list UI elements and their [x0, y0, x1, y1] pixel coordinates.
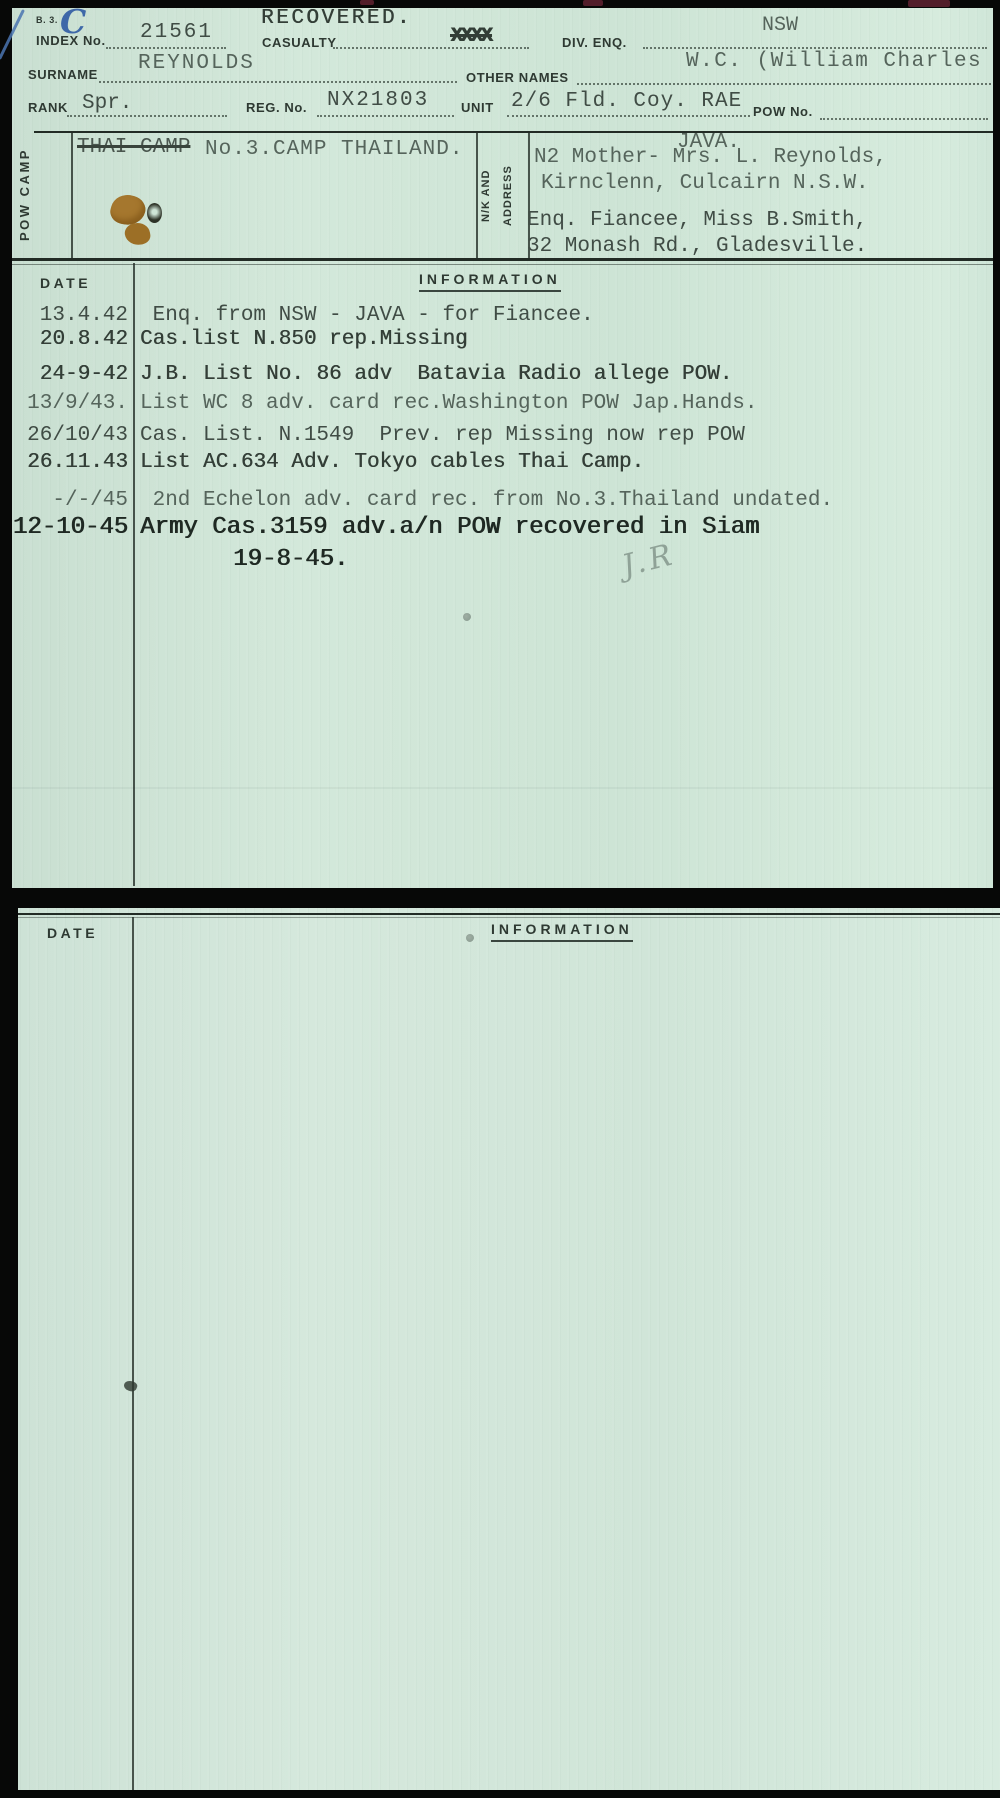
- column-divider: [71, 133, 73, 260]
- row-date: 24-9-42: [0, 363, 128, 386]
- section-rule: [18, 917, 1000, 918]
- nk-address-label-line2: ADDRESS: [502, 140, 514, 252]
- row-info: Enq. from NSW - JAVA - for Fiancee.: [140, 304, 594, 327]
- row-date: 26/10/43: [0, 424, 128, 447]
- scan-speck: [466, 934, 474, 942]
- information-header: INFORMATION: [419, 271, 561, 292]
- date-column-divider: [132, 917, 134, 1790]
- form-code: B. 3.: [36, 15, 58, 25]
- row-date: -/-/45: [0, 489, 128, 512]
- row-info: Cas. List. N.1549 Prev. rep Missing now …: [140, 424, 745, 447]
- red-smudge: [583, 0, 603, 6]
- pow-no-label: POW No.: [753, 104, 813, 119]
- date-header: DATE: [47, 925, 98, 941]
- nk-address-line: N2 Mother- Mrs. L. Reynolds,: [534, 146, 887, 169]
- dotted-line: [507, 115, 750, 117]
- row-date: 26.11.43: [0, 451, 128, 474]
- surname-value: REYNOLDS: [138, 52, 255, 75]
- pow-camp-value: No.3.CAMP THAILAND.: [205, 138, 463, 161]
- div-enq-value: NSW: [762, 14, 798, 37]
- ink-fleck: [147, 203, 162, 223]
- row-date: 13.4.42: [0, 304, 128, 327]
- row-date: 13/9/43.: [0, 392, 128, 415]
- column-divider: [476, 133, 478, 260]
- rank-label: RANK: [28, 100, 68, 115]
- information-header: INFORMATION: [491, 921, 633, 942]
- section-rule: [34, 131, 993, 133]
- row-info: J.B. List No. 86 adv Batavia Radio alleg…: [140, 363, 732, 386]
- row-info: Cas.list N.850 rep.Missing: [140, 328, 468, 351]
- row-date: 20.8.42: [0, 328, 128, 351]
- reg-no-value: NX21803: [327, 89, 429, 112]
- index-no-value: 21561: [140, 21, 213, 44]
- dotted-line: [333, 47, 529, 49]
- dotted-line: [317, 115, 454, 117]
- dotted-line: [643, 47, 987, 49]
- card-crease: [12, 787, 993, 789]
- other-names-label: OTHER NAMES: [466, 70, 569, 85]
- other-names-value: W.C. (William Charles: [686, 50, 993, 73]
- scanned-pow-record-document: B. 3. C RECOVERED. INDEX No. 21561 CASUA…: [0, 0, 1000, 1798]
- div-enq-label: DIV. ENQ.: [562, 35, 627, 50]
- row-info: 2nd Echelon adv. card rec. from No.3.Tha…: [140, 489, 833, 512]
- casualty-label: CASUALTY: [262, 35, 337, 50]
- unit-value: 2/6 Fld. Coy. RAE: [511, 90, 742, 113]
- casualty-struck-value: XXXX: [451, 25, 491, 48]
- unit-label: UNIT: [461, 100, 494, 115]
- section-rule: [12, 258, 993, 261]
- dotted-line: [99, 81, 457, 83]
- dotted-line: [106, 47, 226, 49]
- index-no-label: INDEX No.: [36, 33, 106, 48]
- row-info: List AC.634 Adv. Tokyo cables Thai Camp.: [140, 451, 644, 474]
- nk-address-line: 32 Monash Rd., Gladesville.: [527, 235, 867, 258]
- pow-camp-struck-value: THAI CAMP: [77, 136, 190, 159]
- rank-value: Spr.: [82, 92, 132, 115]
- row-info: List WC 8 adv. card rec.Washington POW J…: [140, 392, 758, 415]
- pow-record-card-continuation: [18, 908, 1000, 1790]
- scan-speck: [463, 613, 471, 621]
- section-rule: [12, 264, 993, 265]
- date-header: DATE: [40, 275, 91, 291]
- dotted-line: [67, 115, 227, 117]
- nk-address-line: Kirnclenn, Culcairn N.S.W.: [541, 172, 869, 195]
- reg-no-label: REG. No.: [246, 100, 307, 115]
- red-smudge: [908, 0, 950, 7]
- surname-label: SURNAME: [28, 67, 98, 82]
- nk-address-line: Enq. Fiancee, Miss B.Smith,: [527, 209, 867, 232]
- row-info-continuation: 19-8-45.: [233, 546, 348, 573]
- pow-camp-label: POW CAMP: [17, 142, 32, 248]
- row-date: 12-10-45: [0, 514, 128, 541]
- status-stamp-recovered: RECOVERED.: [261, 7, 412, 30]
- date-column-divider: [133, 263, 135, 886]
- section-rule: [18, 913, 1000, 915]
- red-smudge: [360, 0, 374, 5]
- dotted-line: [577, 83, 991, 85]
- dotted-line: [820, 118, 988, 120]
- nk-address-label-line1: N/K AND: [480, 140, 492, 252]
